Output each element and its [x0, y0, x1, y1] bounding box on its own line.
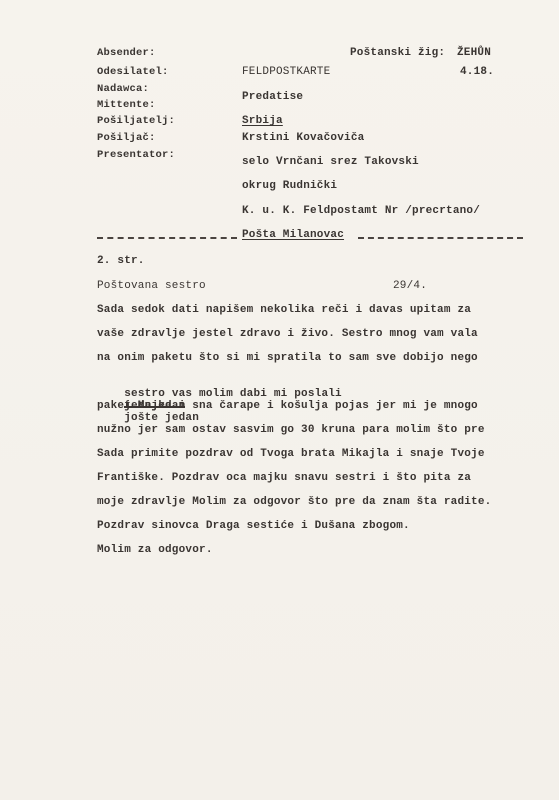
address-line1: Predatise: [242, 91, 303, 103]
letter-line: Sada primite pozdrav od Tvoga brata Mika…: [97, 448, 485, 460]
letter-line: na onim paketu što si mi spratila to sam…: [97, 352, 478, 364]
letter-date: 29/4.: [393, 280, 427, 292]
letter-line-start: sestro vas molim dabi mi poslali: [124, 388, 342, 400]
label-posiljac: Pošiljač:: [97, 132, 156, 144]
divider-left: [97, 237, 237, 239]
letter-greeting: Poštovana sestro: [97, 280, 206, 292]
letter-page-number: 2. str.: [97, 255, 145, 267]
address-post-office: Pošta Milanovac: [242, 229, 344, 241]
card-type: FELDPOSTKARTE: [242, 66, 330, 78]
letter-closing: Molim za odgovor.: [97, 544, 213, 556]
address-feldpost: K. u. K. Feldpostamt Nr /precrtano/: [242, 205, 480, 217]
letter-line: Sada sedok dati napišem nekolika reči i …: [97, 304, 471, 316]
address-village: selo Vrnčani srez Takovski: [242, 156, 419, 168]
label-odesilatel: Odesilatel:: [97, 66, 169, 78]
address-district: okrug Rudnički: [242, 180, 337, 192]
label-presentator: Presentator:: [97, 149, 175, 161]
postmark-date: 4.18.: [460, 66, 494, 78]
letter-line-end: jošte jedan: [124, 412, 199, 424]
label-absender: Absender:: [97, 47, 156, 59]
letter-line: nužno jer sam ostav sasvim go 30 kruna p…: [97, 424, 485, 436]
letter-line: moje zdravlje Molim za odgovor što pre d…: [97, 496, 491, 508]
address-country: Srbija: [242, 115, 283, 127]
document-page: Absender: Odesilatel: Nadawca: Mittente:…: [0, 0, 559, 800]
label-nadawca: Nadawca:: [97, 83, 149, 95]
postmark-value: ŽEHŮN: [457, 47, 491, 59]
postmark-label: Poštanski žig:: [350, 47, 445, 59]
letter-line: Františke. Pozdrav oca majku snavu sestr…: [97, 472, 471, 484]
letter-line: vaše zdravlje jestel zdravo i živo. Sest…: [97, 328, 478, 340]
divider-right: [358, 237, 523, 239]
label-posiljatelj: Pošiljatelj:: [97, 115, 175, 127]
letter-line: Pozdrav sinovca Draga sestiće i Dušana z…: [97, 520, 410, 532]
address-recipient: Krstini Kovačoviča: [242, 132, 364, 144]
label-mittente: Mittente:: [97, 99, 156, 111]
letter-line: paket Majka i sna čarape i košulja pojas…: [97, 400, 478, 412]
